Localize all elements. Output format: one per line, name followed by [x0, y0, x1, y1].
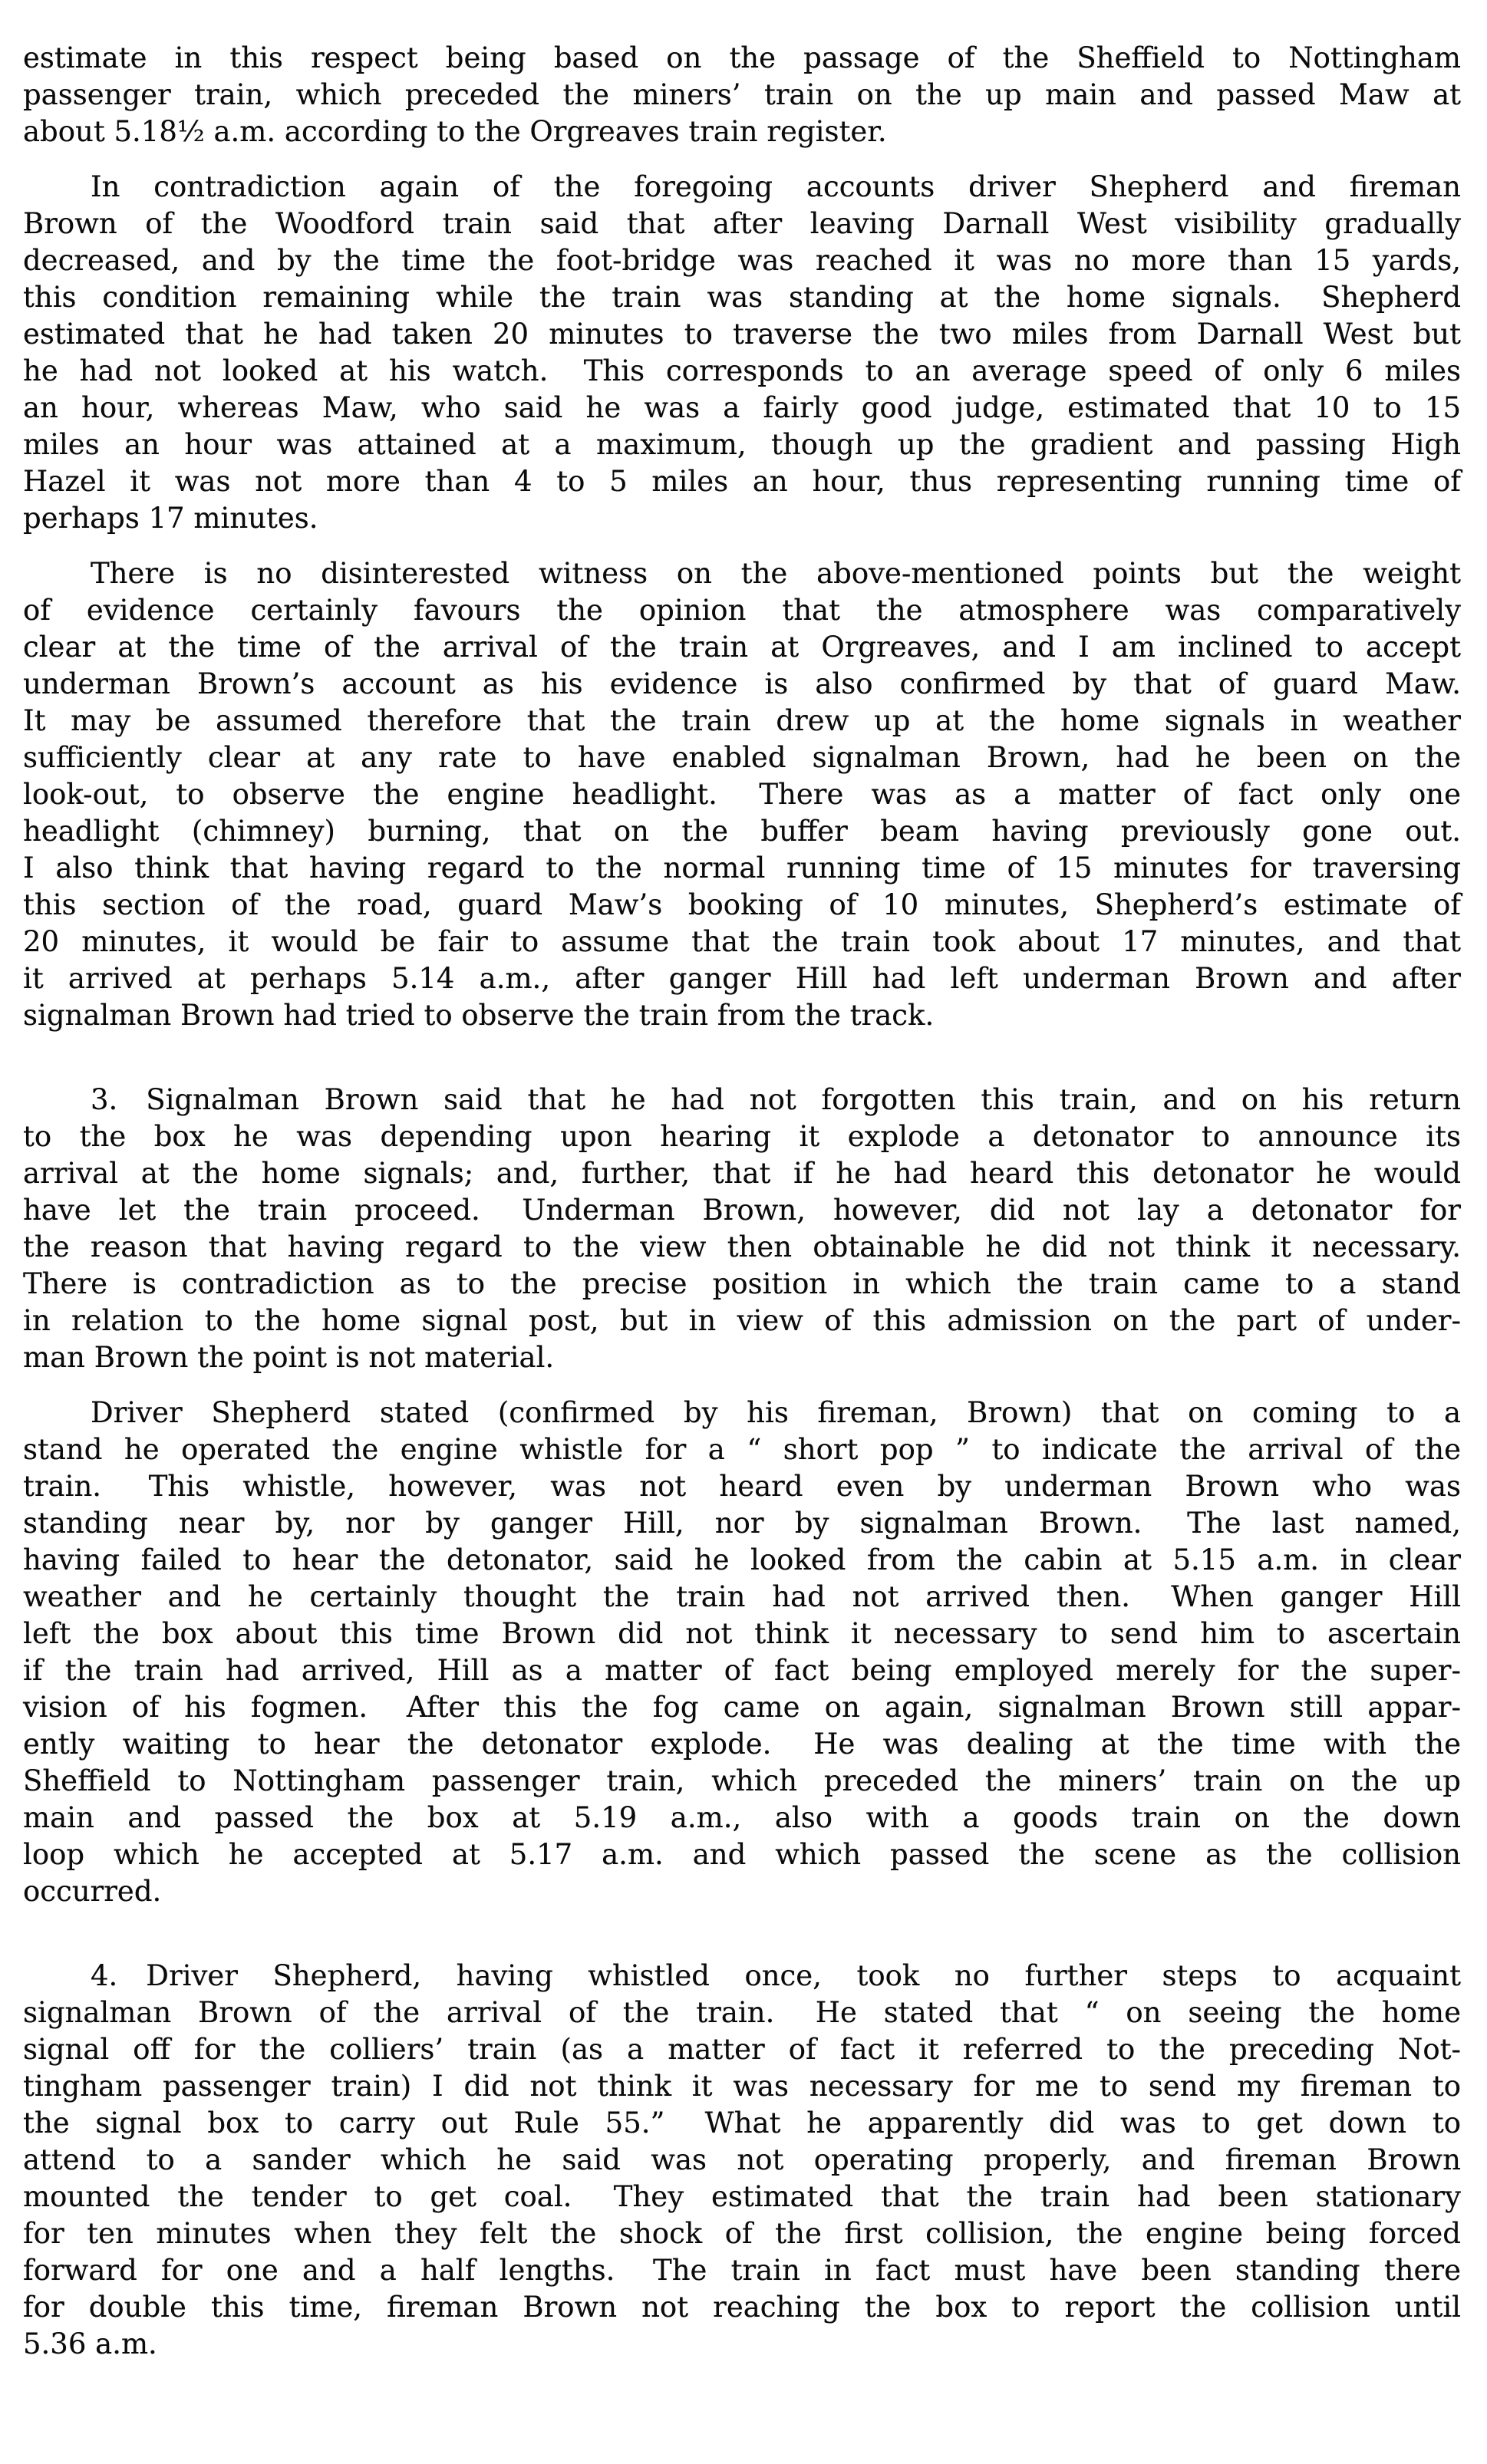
text-line: this section of the road, guard Maw’s bo… [23, 887, 1461, 924]
text-line: In contradiction again of the foregoing … [23, 169, 1461, 206]
text-line: signal off for the colliers’ train (as a… [23, 2031, 1461, 2068]
text-line: of evidence certainly favours the opinio… [23, 592, 1461, 629]
text-line: signalman Brown of the arrival of the tr… [23, 1995, 1461, 2031]
text-line: standing near by, nor by ganger Hill, no… [23, 1505, 1461, 1542]
text-line: the signal box to carry out Rule 55.” Wh… [23, 2105, 1461, 2142]
text-line: 3. Signalman Brown said that he had not … [23, 1082, 1461, 1118]
text-line: vision of his fogmen. After this the fog… [23, 1689, 1461, 1726]
numbered-paragraph: 4. Driver Shepherd, having whistled once… [23, 1958, 1461, 2363]
text-line: an hour, whereas Maw, who said he was a … [23, 390, 1461, 427]
text-line: to the box he was depending upon hearing… [23, 1118, 1461, 1155]
text-line: arrival at the home signals; and, furthe… [23, 1155, 1461, 1192]
scanned-document-page: estimate in this respect being based on … [0, 0, 1487, 2464]
text-line: decreased, and by the time the foot-brid… [23, 242, 1461, 279]
text-line: mounted the tender to get coal. They est… [23, 2179, 1461, 2215]
text-line: Driver Shepherd stated (confirmed by his… [23, 1395, 1461, 1431]
text-line: tingham passenger train) I did not think… [23, 2068, 1461, 2105]
text-line: perhaps 17 minutes. [23, 500, 1461, 537]
text-line: man Brown the point is not material. [23, 1339, 1461, 1376]
text-line: attend to a sander which he said was not… [23, 2142, 1461, 2179]
text-line: about 5.18½ a.m. according to the Orgrea… [23, 114, 1461, 150]
text-line: signalman Brown had tried to observe the… [23, 997, 1461, 1034]
text-line: It may be assumed therefore that the tra… [23, 703, 1461, 740]
numbered-paragraph: 3. Signalman Brown said that he had not … [23, 1082, 1461, 1376]
paragraph: There is no disinterested witness on the… [23, 555, 1461, 1034]
text-line: forward for one and a half lengths. The … [23, 2252, 1461, 2289]
text-line: ently waiting to hear the detonator expl… [23, 1726, 1461, 1763]
text-line: this condition remaining while the train… [23, 279, 1461, 316]
paragraph: Driver Shepherd stated (confirmed by his… [23, 1395, 1461, 1910]
text-line: he had not looked at his watch. This cor… [23, 353, 1461, 390]
text-line: in relation to the home signal post, but… [23, 1303, 1461, 1339]
text-line: for double this time, fireman Brown not … [23, 2289, 1461, 2326]
text-line: Sheffield to Nottingham passenger train,… [23, 1763, 1461, 1800]
text-line: passenger train, which preceded the mine… [23, 77, 1461, 114]
text-line: occurred. [23, 1873, 1461, 1910]
text-line: There is no disinterested witness on the… [23, 555, 1461, 592]
paragraph: In contradiction again of the foregoing … [23, 169, 1461, 537]
text-line: Brown of the Woodford train said that af… [23, 206, 1461, 242]
text-line: it arrived at perhaps 5.14 a.m., after g… [23, 960, 1461, 997]
text-line: 20 minutes, it would be fair to assume t… [23, 924, 1461, 960]
text-line: having failed to hear the detonator, sai… [23, 1542, 1461, 1579]
text-line: left the box about this time Brown did n… [23, 1616, 1461, 1652]
paragraph: estimate in this respect being based on … [23, 40, 1461, 150]
text-line: sufficiently clear at any rate to have e… [23, 740, 1461, 776]
text-line: clear at the time of the arrival of the … [23, 629, 1461, 666]
text-line: the reason that having regard to the vie… [23, 1229, 1461, 1266]
text-line: if the train had arrived, Hill as a matt… [23, 1652, 1461, 1689]
text-line: Hazel it was not more than 4 to 5 miles … [23, 463, 1461, 500]
text-line: weather and he certainly thought the tra… [23, 1579, 1461, 1616]
text-line: estimate in this respect being based on … [23, 40, 1461, 77]
text-line: miles an hour was attained at a maximum,… [23, 427, 1461, 463]
text-line: main and passed the box at 5.19 a.m., al… [23, 1800, 1461, 1836]
text-line: I also think that having regard to the n… [23, 850, 1461, 887]
text-line: train. This whistle, however, was not he… [23, 1468, 1461, 1505]
text-line: There is contradiction as to the precise… [23, 1266, 1461, 1303]
text-line: loop which he accepted at 5.17 a.m. and … [23, 1836, 1461, 1873]
text-line: headlight (chimney) burning, that on the… [23, 813, 1461, 850]
text-line: 5.36 a.m. [23, 2326, 1461, 2363]
text-line: for ten minutes when they felt the shock… [23, 2215, 1461, 2252]
text-line: look-out, to observe the engine headligh… [23, 776, 1461, 813]
text-line: underman Brown’s account as his evidence… [23, 666, 1461, 703]
text-line: stand he operated the engine whistle for… [23, 1431, 1461, 1468]
text-line: estimated that he had taken 20 minutes t… [23, 316, 1461, 353]
text-line: 4. Driver Shepherd, having whistled once… [23, 1958, 1461, 1995]
text-line: have let the train proceed. Underman Bro… [23, 1192, 1461, 1229]
report-body: estimate in this respect being based on … [23, 40, 1461, 2363]
